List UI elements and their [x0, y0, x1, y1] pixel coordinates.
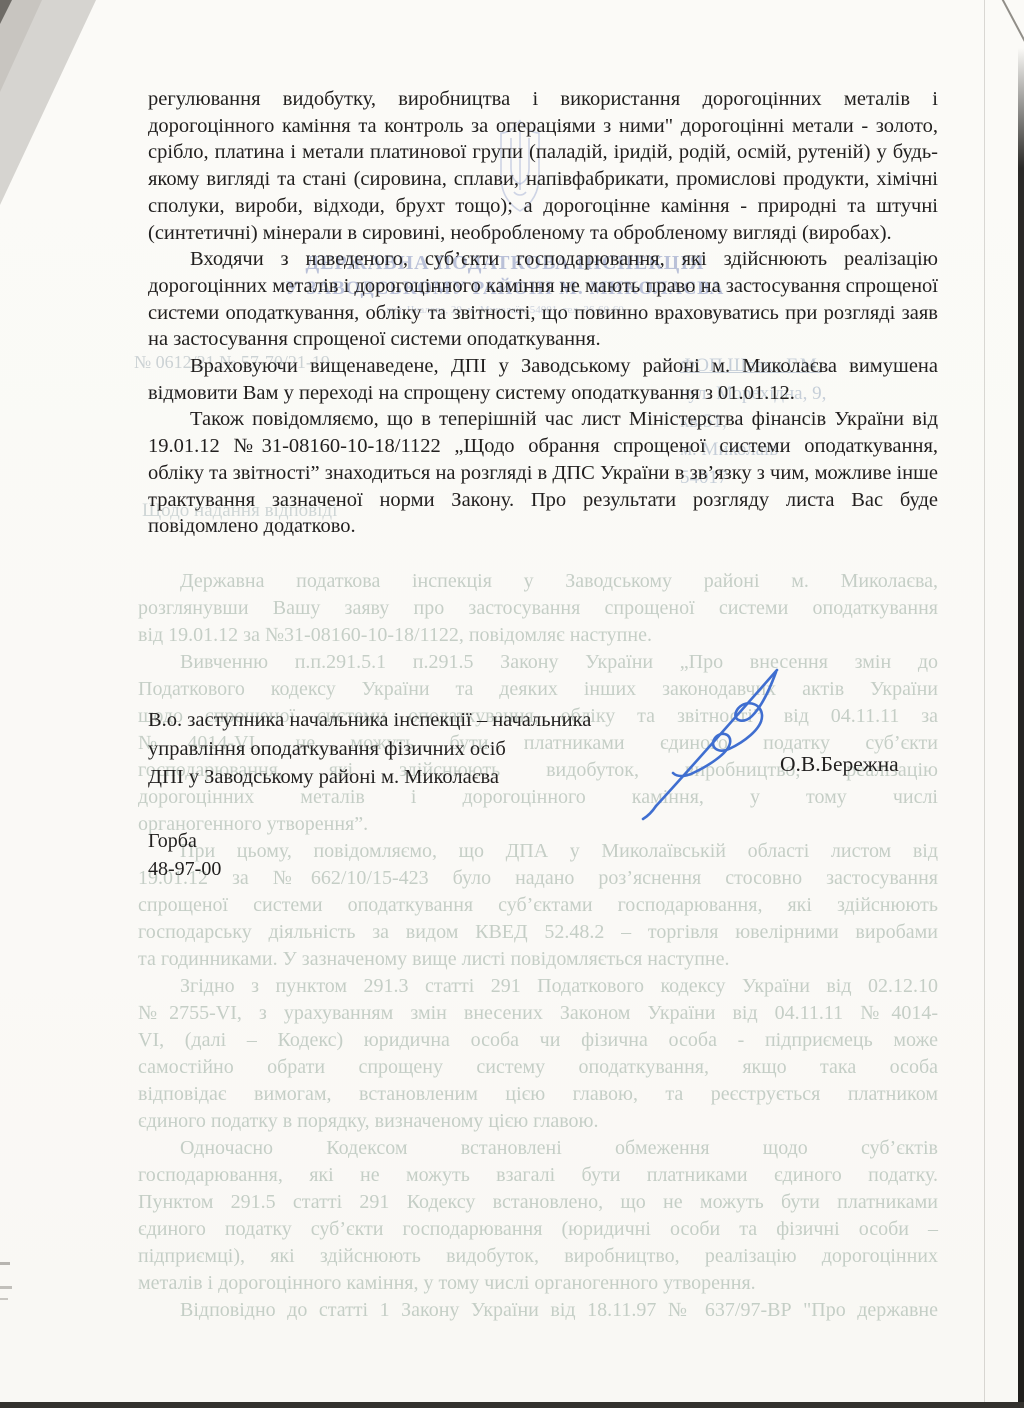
bleed-body-line: господарювання, які не можуть взагалі бу…: [138, 1164, 938, 1187]
scanned-letter-page: ДЕРЖАВНА ПОДАТКОВА ІНСПЕКЦІЯ У ЗАВОДСЬКО…: [0, 0, 1024, 1408]
handwritten-signature: [610, 636, 940, 826]
executor-phone: 48-97-00: [148, 858, 221, 881]
bleed-body-line: відповідає вимогам, встановленим цією гл…: [138, 1083, 938, 1106]
bleed-body-line: та годинниками. У зазначеному вище листі…: [138, 948, 938, 971]
bleed-body-line: Пунктом 291.5 статті 291 Кодексу встанов…: [138, 1191, 938, 1214]
scan-edge-right: [1018, 48, 1024, 1408]
paragraph: Також повідомляємо, що в теперішній час …: [148, 406, 938, 540]
bleed-body-line: металів і дорогоцінного каміння, у тому …: [138, 1272, 938, 1295]
scan-edge-bottom: [0, 1402, 1024, 1408]
paragraph: Враховуючи вищенаведене, ДПІ у Заводсько…: [148, 353, 938, 406]
paragraph: Входячи з наведеного, суб’єкти господарю…: [148, 246, 938, 353]
bleed-body-line: №2755-VI, з урахуванням змін внесених За…: [138, 1002, 938, 1025]
bleed-body-line: підприємці), які здійснюють видобуток, в…: [138, 1245, 938, 1268]
bleed-body-line: Одночасно Кодексом встановлені обмеження…: [138, 1137, 938, 1160]
bleed-body-line: спрощеної системи оподаткування суб’єкта…: [138, 894, 938, 917]
bleed-body-line: Згідно з пунктом 291.3 статті 291 Податк…: [138, 975, 938, 998]
paper-corner-curve: [1000, 0, 1024, 46]
letter-body-text: регулювання видобутку, виробництва і вик…: [148, 86, 938, 540]
scan-speck: [0, 1262, 10, 1265]
bleed-body-line: господарську діяльність за видом КВЕД 52…: [138, 921, 938, 944]
bleed-body-line: Державна податкова інспекція у Заводсько…: [138, 570, 938, 593]
executor-name: Горба: [148, 830, 197, 853]
bleed-body-line: 19.01.12 за №662/10/15-423 було надано р…: [138, 867, 938, 890]
bleed-body-line: єдиного податку в порядку, визначеному ц…: [138, 1110, 938, 1133]
paper-edge-line: [984, 0, 985, 1408]
bleed-body-line: розглянувши Вашу заяву про застосування …: [138, 597, 938, 620]
bleed-body-line: При цьому, повідомляємо, що ДПА у Микола…: [138, 840, 938, 863]
bleed-body-line: єдиного податку суб’єкти господарювання …: [138, 1218, 938, 1241]
paragraph: регулювання видобутку, виробництва і вик…: [148, 86, 938, 246]
bleed-body-line: самостійно обрати спрощену систему опода…: [138, 1056, 938, 1079]
scan-speck: [0, 1298, 8, 1300]
bleed-body-line: VI, (далі – Кодекс) юридична особа чи фі…: [138, 1029, 938, 1052]
bleed-body-line: Відповідно до статті 1 Закону України ві…: [138, 1299, 938, 1322]
scan-speck: [0, 1286, 12, 1289]
